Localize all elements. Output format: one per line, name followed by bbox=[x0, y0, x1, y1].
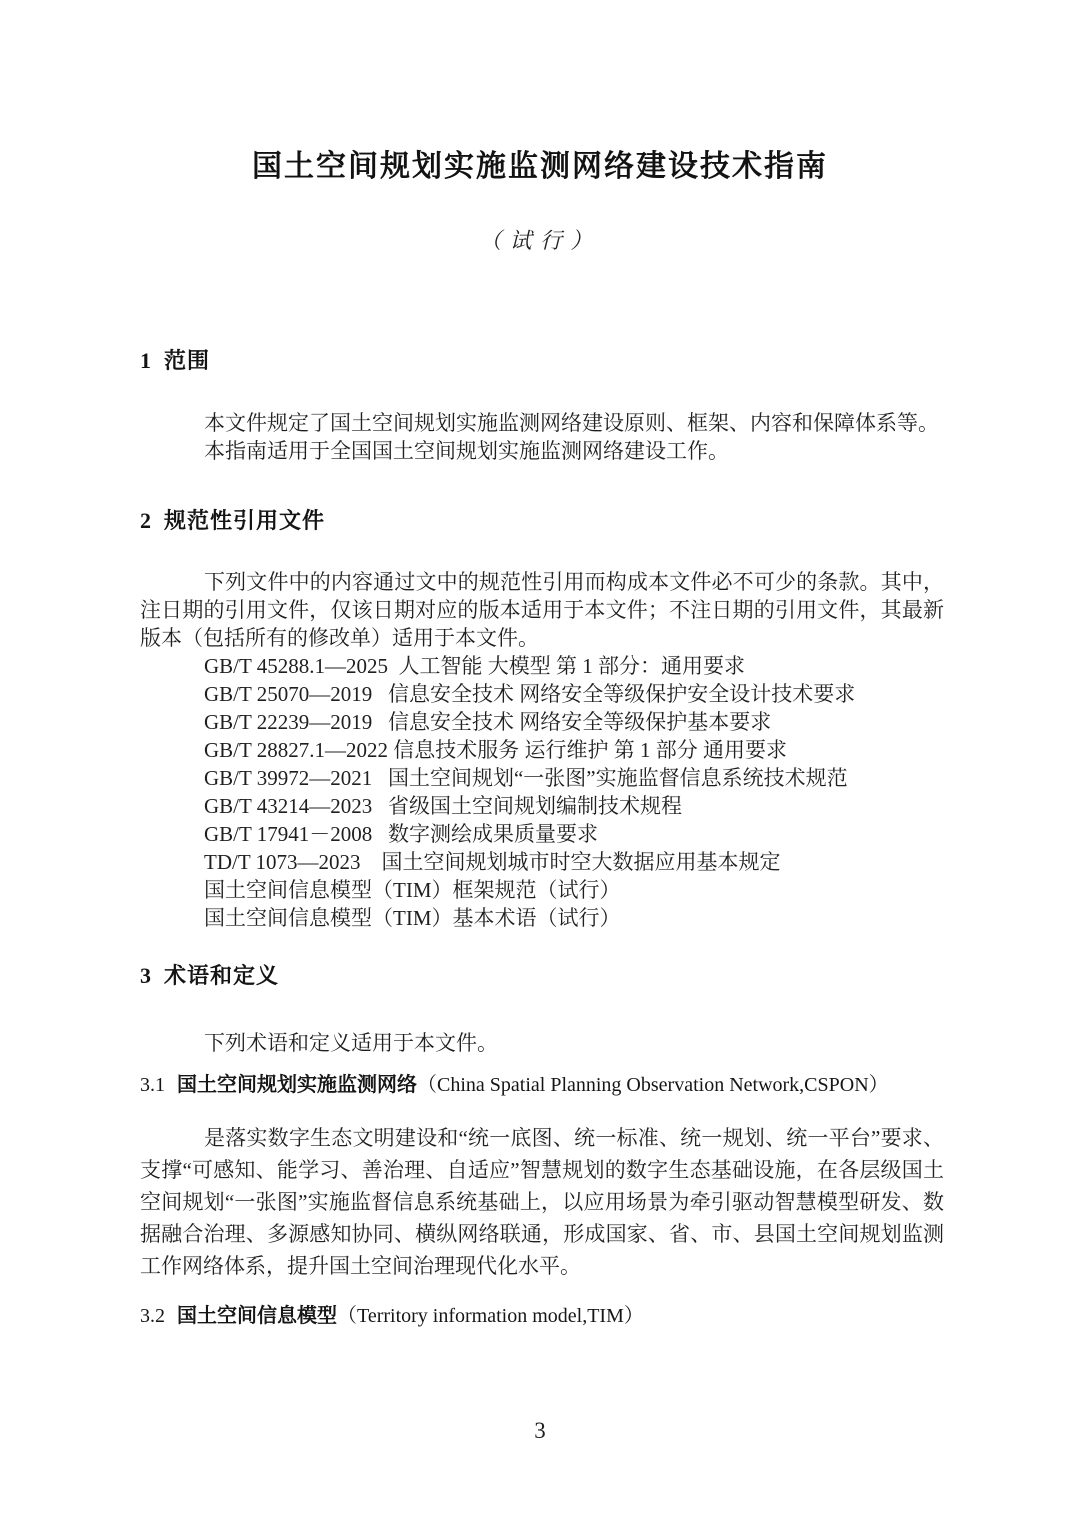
reference-list: GB/T 45288.1—2025 人工智能 大模型 第 1 部分：通用要求 G… bbox=[140, 652, 944, 932]
page-number: 3 bbox=[0, 1418, 1080, 1444]
term-3-2-name-en: （Territory information model,TIM） bbox=[337, 1305, 644, 1327]
document-page: 国土空间规划实施监测网络建设技术指南 （试行） 1范围 本文件规定了国土空间规划… bbox=[0, 0, 1080, 1527]
section-2-body: 下列文件中的内容通过文中的规范性引用而构成本文件必不可少的条款。其中，注日期的引… bbox=[140, 568, 944, 932]
reference-item: GB/T 28827.1—2022 信息技术服务 运行维护 第 1 部分 通用要… bbox=[140, 736, 944, 764]
section-3-heading: 3术语和定义 bbox=[140, 962, 944, 989]
scope-paragraph-1: 本文件规定了国土空间规划实施监测网络建设原则、框架、内容和保障体系等。 bbox=[140, 409, 944, 437]
term-3-2-number: 3.2 bbox=[140, 1305, 165, 1327]
term-3-1-name-en: （China Spatial Planning Observation Netw… bbox=[417, 1074, 889, 1096]
document-subtitle: （试行） bbox=[0, 224, 1080, 255]
document-title: 国土空间规划实施监测网络建设技术指南 bbox=[0, 0, 1080, 186]
section-scope: 1范围 本文件规定了国土空间规划实施监测网络建设原则、框架、内容和保障体系等。 … bbox=[140, 347, 944, 465]
reference-item: 国土空间信息模型（TIM）基本术语（试行） bbox=[140, 904, 944, 932]
section-1-heading: 1范围 bbox=[140, 347, 944, 374]
section-1-body: 本文件规定了国土空间规划实施监测网络建设原则、框架、内容和保障体系等。 本指南适… bbox=[140, 409, 944, 465]
reference-item: TD/T 1073—2023 国土空间规划城市时空大数据应用基本规定 bbox=[140, 848, 944, 876]
term-3-1-heading: 3.1国土空间规划实施监测网络（China Spatial Planning O… bbox=[140, 1072, 944, 1098]
reference-item: GB/T 39972—2021 国土空间规划“一张图”实施监督信息系统技术规范 bbox=[140, 764, 944, 792]
reference-item: GB/T 43214—2023 省级国土空间规划编制技术规程 bbox=[140, 792, 944, 820]
section-1-number: 1 bbox=[140, 348, 151, 373]
section-2-title: 规范性引用文件 bbox=[164, 508, 325, 533]
section-normative-references: 2规范性引用文件 下列文件中的内容通过文中的规范性引用而构成本文件必不可少的条款… bbox=[140, 507, 944, 932]
references-intro-paragraph: 下列文件中的内容通过文中的规范性引用而构成本文件必不可少的条款。其中，注日期的引… bbox=[140, 568, 944, 652]
section-2-heading: 2规范性引用文件 bbox=[140, 507, 944, 534]
document-content: 1范围 本文件规定了国土空间规划实施监测网络建设原则、框架、内容和保障体系等。 … bbox=[140, 347, 944, 1329]
section-1-title: 范围 bbox=[164, 348, 210, 373]
reference-item: 国土空间信息模型（TIM）框架规范（试行） bbox=[140, 876, 944, 904]
term-3-1-number: 3.1 bbox=[140, 1074, 165, 1096]
term-3-2-name-cn: 国土空间信息模型 bbox=[177, 1305, 337, 1327]
term-3-1-name-cn: 国土空间规划实施监测网络 bbox=[177, 1074, 417, 1096]
section-3-title: 术语和定义 bbox=[164, 963, 279, 988]
reference-item: GB/T 17941－2008 数字测绘成果质量要求 bbox=[140, 820, 944, 848]
reference-item: GB/T 25070—2019 信息安全技术 网络安全等级保护安全设计技术要求 bbox=[140, 680, 944, 708]
terms-intro-paragraph: 下列术语和定义适用于本文件。 bbox=[140, 1029, 944, 1057]
section-3-number: 3 bbox=[140, 963, 151, 988]
scope-paragraph-2: 本指南适用于全国国土空间规划实施监测网络建设工作。 bbox=[140, 437, 944, 465]
reference-item: GB/T 22239—2019 信息安全技术 网络安全等级保护基本要求 bbox=[140, 708, 944, 736]
section-2-number: 2 bbox=[140, 508, 151, 533]
term-3-1-definition: 是落实数字生态文明建设和“统一底图、统一标准、统一规划、统一平台”要求、支撑“可… bbox=[140, 1122, 944, 1282]
term-3-2-heading: 3.2国土空间信息模型（Territory information model,… bbox=[140, 1303, 944, 1329]
reference-item: GB/T 45288.1—2025 人工智能 大模型 第 1 部分：通用要求 bbox=[140, 652, 944, 680]
section-terms-definitions: 3术语和定义 下列术语和定义适用于本文件。 3.1国土空间规划实施监测网络（Ch… bbox=[140, 962, 944, 1329]
